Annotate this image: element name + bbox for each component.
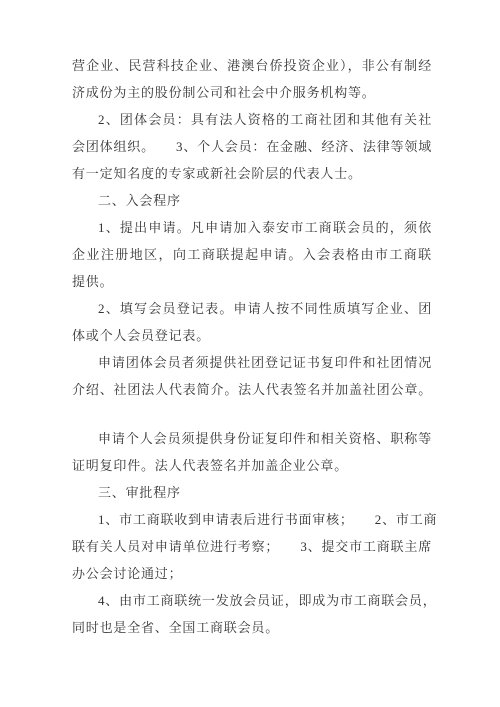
text-line: 体或个人会员登记表。 bbox=[72, 322, 432, 349]
section-heading: 三、审批程序 bbox=[72, 479, 432, 506]
text-line: 同时也是全省、全国工商联会员。 bbox=[72, 614, 432, 641]
text-line: 2、填写会员登记表。申请人按不同性质填写企业、团 bbox=[72, 295, 432, 322]
text-line: 证明复印件。法人代表签名并加盖企业公章。 bbox=[72, 452, 432, 479]
text-line: 办公会讨论通过； bbox=[72, 560, 432, 587]
text-line: 1、提出申请。凡申请加入泰安市工商联会员的，须依 bbox=[72, 214, 432, 241]
text-line: 4、由市工商联统一发放会员证，即成为市工商联会员， bbox=[72, 587, 432, 614]
text-line: 联有关人员对申请单位进行考察； 3、提交市工商联主席 bbox=[72, 533, 432, 560]
document-page: 营企业、民营科技企业、港澳台侨投资企业），非公有制经 济成份为主的股份制公司和社… bbox=[0, 0, 500, 707]
text-block: 营企业、民营科技企业、港澳台侨投资企业），非公有制经 济成份为主的股份制公司和社… bbox=[0, 0, 500, 641]
text-line: 1、市工商联收到申请表后进行书面审核； 2、市工商 bbox=[72, 506, 432, 533]
text-line: 企业注册地区，向工商联提起申请。入会表格由市工商联 bbox=[72, 241, 432, 268]
text-line: 济成份为主的股份制公司和社会中介服务机构等。 bbox=[72, 79, 432, 106]
text-line: 会团体组织。 3、个人会员：在金融、经济、法律等领域 bbox=[72, 133, 432, 160]
text-line: 2、团体会员：具有法人资格的工商社团和其他有关社 bbox=[72, 106, 432, 133]
text-line: 有一定知名度的专家或新社会阶层的代表人士。 bbox=[72, 160, 432, 187]
text-line: 提供。 bbox=[72, 268, 432, 295]
text-line: 介绍、社团法人代表简介。法人代表签名并加盖社团公章。 bbox=[72, 376, 432, 403]
text-line: 申请个人会员须提供身份证复印件和相关资格、职称等 bbox=[72, 425, 432, 452]
text-line: 申请团体会员者须提供社团登记证书复印件和社团情况 bbox=[72, 349, 432, 376]
section-heading: 二、入会程序 bbox=[72, 187, 432, 214]
text-line: 营企业、民营科技企业、港澳台侨投资企业），非公有制经 bbox=[72, 52, 432, 79]
